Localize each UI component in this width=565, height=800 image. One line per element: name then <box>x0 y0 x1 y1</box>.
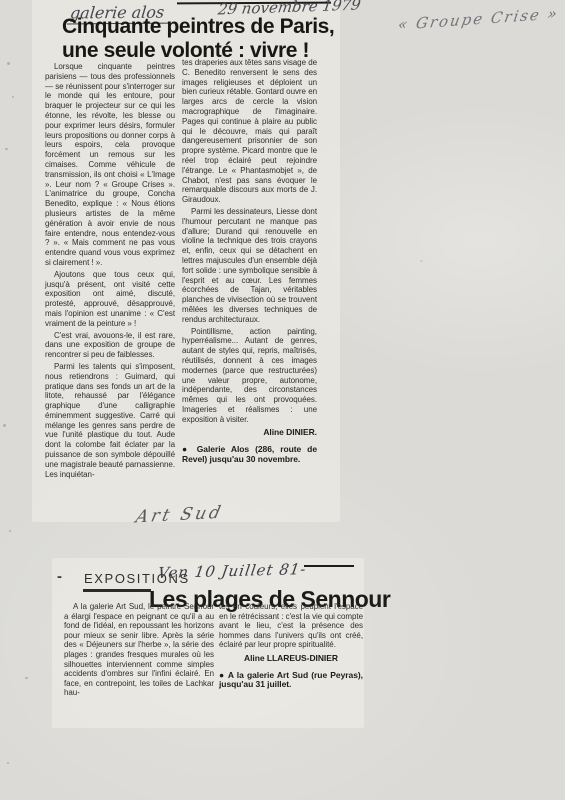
article-2-column-right: tes en couleurs, elles peuplent l'espace… <box>219 602 363 692</box>
article-1-paragraph: tes draperies aux têtes sans visage de C… <box>182 58 317 205</box>
article-1-paragraph: Parmi les dessinateurs, Liesse dont l'hu… <box>182 207 317 325</box>
handwritten-group-annotation: « Groupe Crise » <box>397 4 561 34</box>
scan-noise-speck <box>9 530 11 532</box>
clipping-2-top-rule <box>304 565 354 567</box>
article-1-paragraph: Lorsque cinquante peintres parisiens — t… <box>45 62 175 268</box>
scan-noise-speck <box>7 762 9 764</box>
article-1-column-left: Lorsque cinquante peintres parisiens — t… <box>45 62 175 481</box>
handwritten-scribble-annotation: Art Sud <box>134 503 226 528</box>
section-label-underline <box>83 589 151 592</box>
scan-noise-speck <box>12 96 14 98</box>
article-2-paragraph: tes en couleurs, elles peuplent l'espace… <box>219 602 363 650</box>
article-1-paragraph: Parmi les talents qui s'imposent, nous r… <box>45 362 175 480</box>
article-2-paragraph: A la galerie Art Sud, le peintre Sennour… <box>64 602 214 698</box>
article-1-paragraph: Ajoutons que tous ceux qui, jusqu'à prés… <box>45 270 175 329</box>
article-1-paragraph: C'est vrai, avouons-le, il est rare, dan… <box>45 331 175 360</box>
scan-noise-speck <box>25 677 28 679</box>
article-2-column-left: A la galerie Art Sud, le peintre Sennour… <box>64 602 214 700</box>
article-1-byline: Aline DINIER. <box>182 428 317 438</box>
scan-noise-speck <box>3 424 6 427</box>
article-1-paragraph: Pointillisme, action painting, hyperréal… <box>182 327 317 425</box>
scan-noise-speck <box>7 62 10 65</box>
article-2-venue-info: ● A la galerie Art Sud (rue Peyras), jus… <box>219 671 363 690</box>
scan-noise-speck <box>420 260 423 262</box>
article-1-headline: Cinquante peintres de Paris, une seule v… <box>62 15 346 63</box>
scanned-press-clippings-page: galerie alos 29 novembre 1979 « Groupe C… <box>0 0 565 800</box>
article-1-venue-info: ● Galerie Alos (286, route de Revel) jus… <box>182 445 317 465</box>
article-1-column-right: tes draperies aux têtes sans visage de C… <box>182 58 317 467</box>
scan-noise-speck <box>5 148 8 150</box>
margin-dash-mark: - <box>57 568 62 585</box>
article-2-byline: Aline LLAREUS-DINIER <box>219 654 363 664</box>
